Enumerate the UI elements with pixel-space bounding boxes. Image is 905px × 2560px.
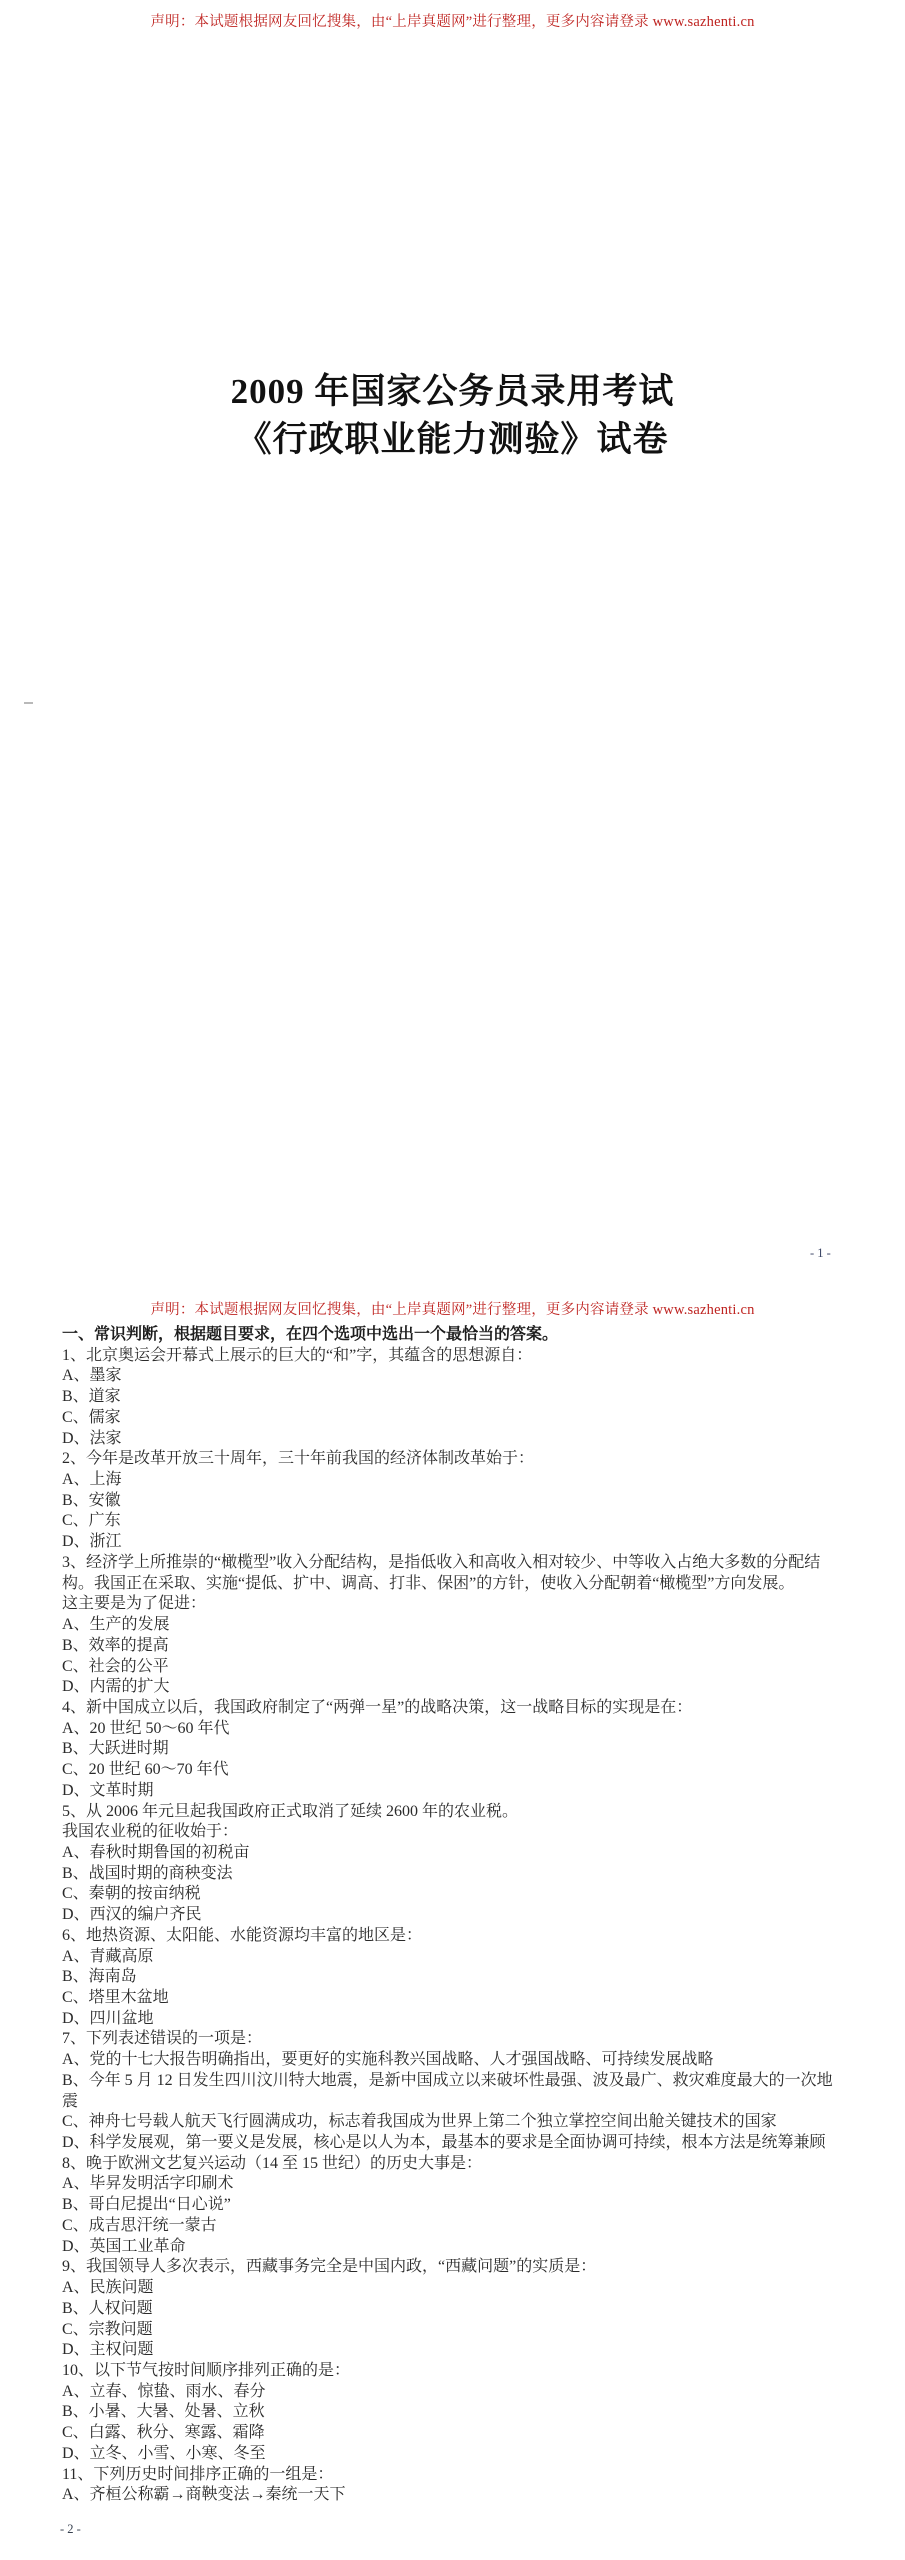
exam-text-line: 我国农业税的征收始于：: [62, 1822, 868, 1843]
exam-text-line: D、法家: [62, 1429, 868, 1450]
exam-text-line: B、道家: [62, 1387, 868, 1408]
exam-text-line: A、毕昇发明活字印刷术: [62, 2174, 868, 2195]
exam-text-line: 9、我国领导人多次表示，西藏事务完全是中国内政，“西藏问题”的实质是：: [62, 2257, 868, 2278]
exam-text-line: C、广东: [62, 1511, 868, 1532]
page1-page-number: - 1 -: [810, 1246, 831, 1260]
exam-text-line: A、民族问题: [62, 2278, 868, 2299]
exam-text-line: D、内需的扩大: [62, 1677, 868, 1698]
exam-text-line: A、上海: [62, 1470, 868, 1491]
exam-text-line: 构。我国正在采取、实施“提低、扩中、调高、打非、保困”的方针，使收入分配朝着“橄…: [62, 1574, 868, 1595]
exam-text-line: B、哥白尼提出“日心说”: [62, 2195, 868, 2216]
exam-text-line: 这主要是为了促进：: [62, 1594, 868, 1615]
exam-text-line: A、立春、惊蛰、雨水、春分: [62, 2382, 868, 2403]
exam-text-line: 5、从 2006 年元旦起我国政府正式取消了延续 2600 年的农业税。: [62, 1802, 868, 1823]
exam-title-line-2: 《行政职业能力测验》试卷: [0, 416, 905, 464]
page2-page-number: - 2 -: [60, 2522, 81, 2536]
exam-text-line: A、党的十七大报告明确指出，要更好的实施科教兴国战略、人才强国战略、可持续发展战…: [62, 2050, 868, 2071]
exam-text-line: C、社会的公平: [62, 1657, 868, 1678]
exam-text-line: D、四川盆地: [62, 2009, 868, 2030]
exam-text-line: A、墨家: [62, 1366, 868, 1387]
exam-text-line: 4、新中国成立以后，我国政府制定了“两弹一星”的战略决策，这一战略目标的实现是在…: [62, 1698, 868, 1719]
exam-text-line: A、20 世纪 50～60 年代: [62, 1719, 868, 1740]
exam-text-line: D、英国工业革命: [62, 2237, 868, 2258]
exam-text-line: B、大跃进时期: [62, 1739, 868, 1760]
exam-text-line: B、效率的提高: [62, 1636, 868, 1657]
exam-text-line: C、白露、秋分、寒露、霜降: [62, 2423, 868, 2444]
exam-title-line-1: 2009 年国家公务员录用考试: [0, 368, 905, 416]
scanned-exam-document: { "colors": { "declaration_red": "#bf242…: [0, 0, 905, 2560]
exam-text-line: 3、经济学上所推崇的“橄榄型”收入分配结构，是指低收入和高收入相对较少、中等收入…: [62, 1553, 868, 1574]
exam-text-line: 10、以下节气按时间顺序排列正确的是：: [62, 2361, 868, 2382]
question-lines: 1、北京奥运会开幕式上展示的巨大的“和”字，其蕴含的思想源自：A、墨家B、道家C…: [62, 1346, 868, 2506]
exam-text-line: D、立冬、小雪、小寒、冬至: [62, 2444, 868, 2465]
page1-declaration-text: 声明：本试题根据网友回忆搜集，由“上岸真题网”进行整理，更多内容请登录 www.…: [0, 13, 905, 31]
exam-title: 2009 年国家公务员录用考试 《行政职业能力测验》试卷: [0, 368, 905, 464]
exam-text-line: C、成吉思汗统一蒙古: [62, 2216, 868, 2237]
exam-text-line: 震: [62, 2092, 868, 2113]
exam-text-line: D、科学发展观，第一要义是发展，核心是以人为本，最基本的要求是全面协调可持续，根…: [62, 2133, 868, 2154]
exam-text-line: C、儒家: [62, 1408, 868, 1429]
exam-text-line: 1、北京奥运会开幕式上展示的巨大的“和”字，其蕴含的思想源自：: [62, 1346, 868, 1367]
exam-text-line: D、浙江: [62, 1532, 868, 1553]
exam-text-line: B、今年 5 月 12 日发生四川汶川特大地震，是新中国成立以来破坏性最强、波及…: [62, 2071, 868, 2092]
exam-text-line: C、神舟七号载人航天飞行圆满成功，标志着我国成为世界上第二个独立掌控空间出舱关键…: [62, 2112, 868, 2133]
exam-text-line: C、宗教问题: [62, 2320, 868, 2341]
exam-text-line: B、安徽: [62, 1491, 868, 1512]
exam-text-line: B、人权问题: [62, 2299, 868, 2320]
exam-text-line: D、主权问题: [62, 2340, 868, 2361]
exam-text-line: 2、今年是改革开放三十周年，三十年前我国的经济体制改革始于：: [62, 1449, 868, 1470]
section-heading: 一、常识判断，根据题目要求，在四个选项中选出一个最恰当的答案。: [62, 1325, 868, 1346]
exam-text-line: B、海南岛: [62, 1967, 868, 1988]
exam-text-line: D、文革时期: [62, 1781, 868, 1802]
page2-declaration-text: 声明：本试题根据网友回忆搜集，由“上岸真题网”进行整理，更多内容请登录 www.…: [0, 1301, 905, 1319]
exam-text-line: 8、晚于欧洲文艺复兴运动（14 至 15 世纪）的历史大事是：: [62, 2154, 868, 2175]
exam-text-line: B、小暑、大暑、处暑、立秋: [62, 2402, 868, 2423]
exam-text-line: C、塔里木盆地: [62, 1988, 868, 2009]
exam-text-line: D、西汉的编户齐民: [62, 1905, 868, 1926]
exam-text-line: B、战国时期的商秧变法: [62, 1864, 868, 1885]
exam-text-line: A、青藏高原: [62, 1947, 868, 1968]
exam-text-line: A、齐桓公称霸→商鞅变法→秦统一天下: [62, 2485, 868, 2506]
exam-text-line: C、秦朝的按亩纳税: [62, 1884, 868, 1905]
exam-text-line: 7、下列表述错误的一项是：: [62, 2029, 868, 2050]
scan-artifact-dash: [24, 702, 33, 704]
exam-questions-block: 一、常识判断，根据题目要求，在四个选项中选出一个最恰当的答案。 1、北京奥运会开…: [62, 1325, 868, 2506]
exam-text-line: 6、地热资源、太阳能、水能资源均丰富的地区是：: [62, 1926, 868, 1947]
exam-text-line: 11、下列历史时间排序正确的一组是：: [62, 2465, 868, 2486]
exam-text-line: A、春秋时期鲁国的初税亩: [62, 1843, 868, 1864]
exam-text-line: A、生产的发展: [62, 1615, 868, 1636]
exam-text-line: C、20 世纪 60～70 年代: [62, 1760, 868, 1781]
